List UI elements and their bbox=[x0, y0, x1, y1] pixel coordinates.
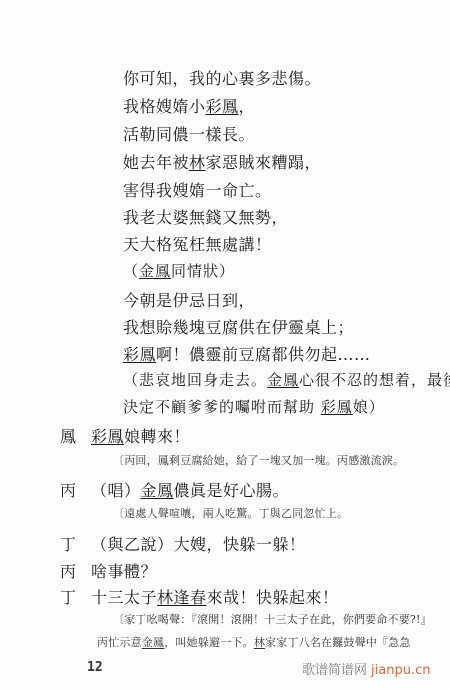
speaker-label: 丙 bbox=[60, 559, 76, 582]
verse-line: 我格嫂媠小彩鳳， bbox=[123, 94, 255, 117]
dialogue-line: 彩鳳娘轉來！ bbox=[91, 424, 190, 447]
speaker-label: 鳳 bbox=[60, 424, 76, 447]
stage-direction: 丙忙示意金鳳，叫她躲避一下。林家家丁八名在鑼鼓聲中『急急 bbox=[97, 634, 411, 650]
stage-direction: 〔丙回，鳳剩豆腐給她，給了一塊又加一塊。丙感激流淚。 bbox=[113, 452, 404, 468]
stage-direction: 〔家丁吆喝聲：『滾開！滾開！十三太子在此，你們要命不要?!』 bbox=[113, 611, 432, 627]
speaker-label: 丁 bbox=[60, 585, 76, 608]
verse-line: 害得我嫂媠一命亡。 bbox=[123, 178, 272, 201]
stage-direction: （悲哀地回身走去。金鳳心很不忍的想着，最後 bbox=[123, 369, 450, 390]
verse-line: 彩鳳啊！儂靈前豆腐都供勿起…… bbox=[123, 342, 371, 365]
verse-line: 我老太婆無錢又無勢， bbox=[123, 205, 288, 228]
stage-direction: 〔遠處人聲喧嚷，兩人吃驚。丁與乙同忽忙上。 bbox=[113, 505, 348, 521]
stage-direction: 決定不顧爹爹的囑咐而幫助 彩鳳娘） bbox=[123, 396, 385, 417]
dialogue-line: 啥事體？ bbox=[91, 559, 157, 582]
speaker-label: 丁 bbox=[60, 532, 76, 555]
stage-direction: （金鳳同情狀） bbox=[123, 260, 235, 281]
watermark: 歌谱简谱网jianpu.cn bbox=[302, 659, 430, 678]
speaker-label: 丙 bbox=[60, 478, 76, 501]
verse-line: 她去年被林家惡賊來糟蹋， bbox=[123, 150, 321, 173]
watermark-latin: jianpu.cn bbox=[371, 663, 430, 678]
verse-line: 今朝是伊忌日到， bbox=[123, 288, 255, 311]
page-number: 12 bbox=[87, 660, 103, 675]
verse-line: 你可知，我的心裏多悲傷。 bbox=[123, 66, 321, 89]
dialogue-line: （與乙說）大嫂，快躲一躲！ bbox=[91, 532, 306, 555]
dialogue-line: 十三太子林逢春來哉！快躲起來！ bbox=[91, 585, 339, 608]
verse-line: 我想賒幾塊豆腐供在伊靈桌上； bbox=[123, 315, 354, 338]
verse-line: 活勒同儂一樣長。 bbox=[123, 122, 255, 145]
dialogue-line: （唱）金鳳儂眞是好心腸。 bbox=[91, 478, 289, 501]
watermark-cn: 歌谱简谱网 bbox=[302, 663, 367, 678]
verse-line: 天大格冤枉無處講！ bbox=[123, 232, 272, 255]
